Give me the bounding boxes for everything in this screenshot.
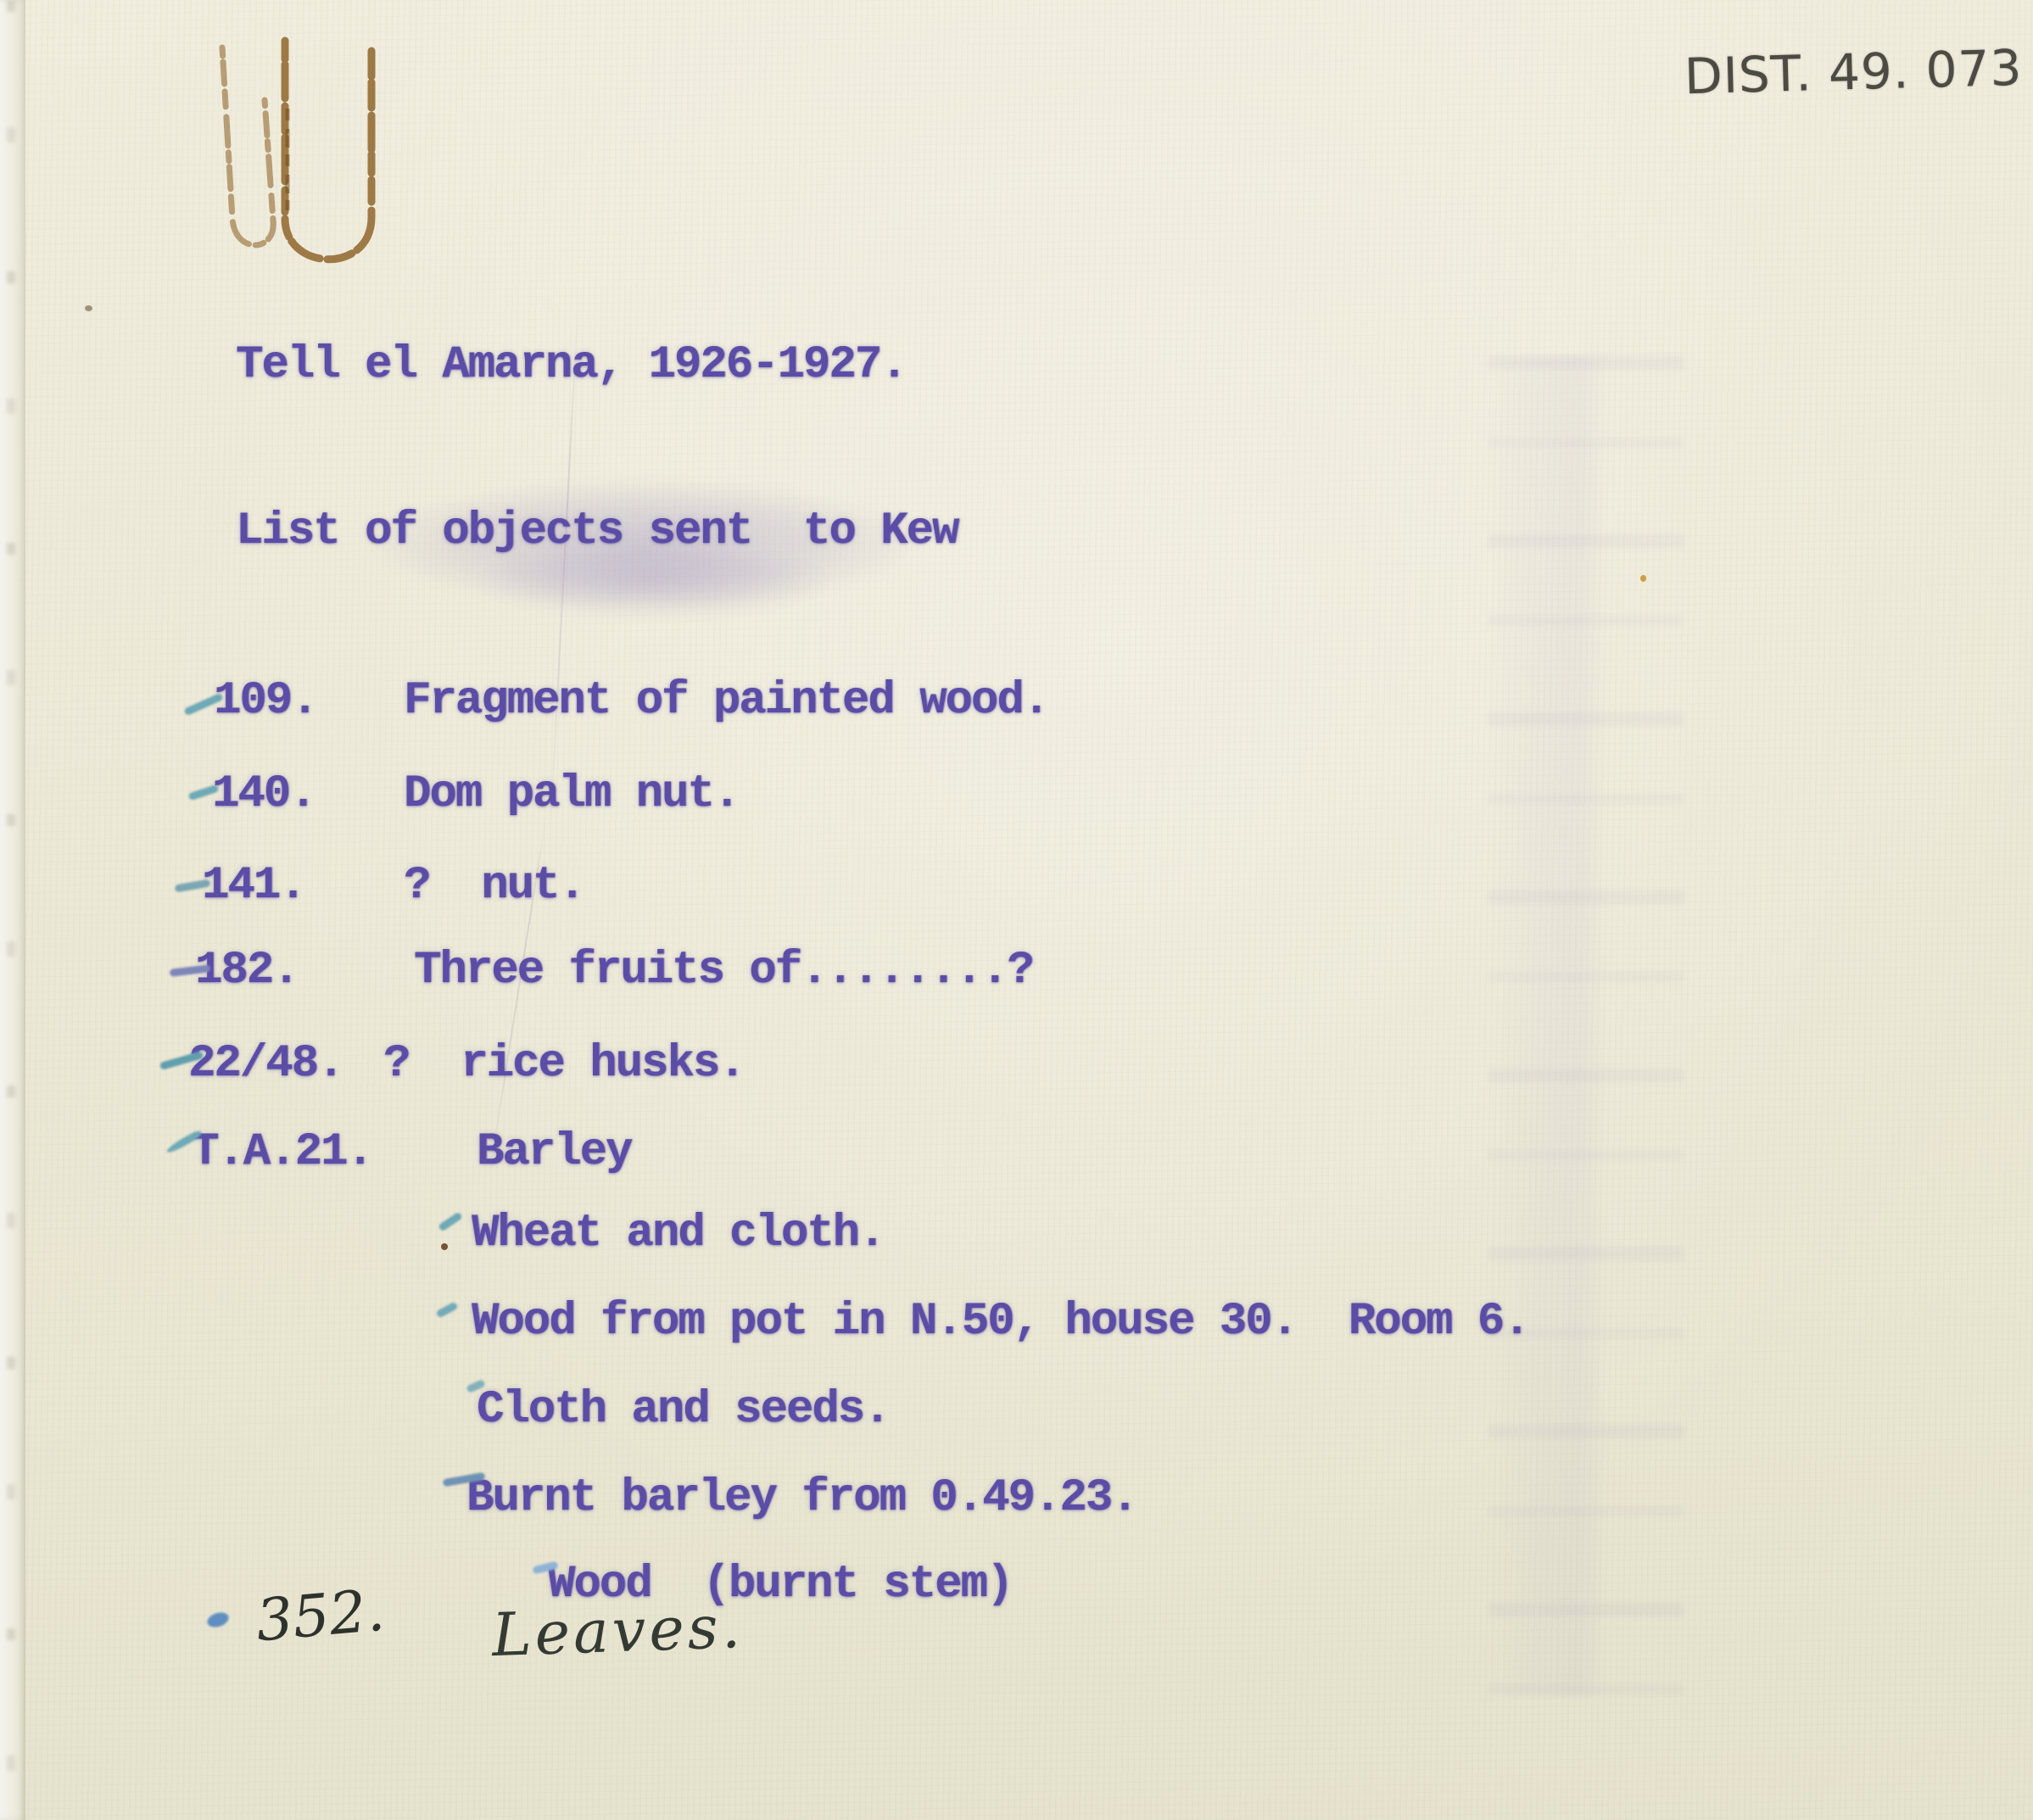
verso-showthrough [1488, 356, 1684, 1696]
item-number: 141. [202, 863, 305, 909]
paper-speck [1640, 575, 1646, 582]
sub-item-description: Wood from pot in N.50, house 30. Room 6. [472, 1299, 1529, 1345]
check-tick-icon [435, 1301, 458, 1318]
item-description: Dom palm nut. [404, 772, 739, 818]
archive-reference: DIST. 49. 073 [1684, 43, 2023, 101]
page-subtitle: List of objects sent to Kew [236, 509, 958, 555]
paper-speck [441, 1243, 448, 1250]
item-description: Three fruits of........? [414, 948, 1033, 994]
handwritten-item-number: 352. [254, 1583, 387, 1651]
document-page: DIST. 49. 073 Tell el Amarna, 1926-1927.… [0, 0, 2033, 1820]
page-title: Tell el Amarna, 1926-1927. [236, 343, 907, 388]
item-description: ? nut. [404, 863, 584, 909]
sub-item-description: Wheat and cloth. [472, 1211, 884, 1257]
item-number: 140. [212, 772, 316, 818]
handwritten-item-description: Leaves. [491, 1597, 745, 1665]
paperclip-rust-stain-icon [119, 7, 390, 312]
item-description: Barley [477, 1130, 631, 1175]
item-number: T.A.21. [192, 1130, 372, 1175]
check-tick-icon [205, 1610, 231, 1629]
sub-item-description: Burnt barley from 0.49.23. [466, 1476, 1137, 1521]
paper-speck [85, 305, 92, 311]
check-tick-icon [438, 1211, 463, 1231]
item-description: Fragment of painted wood. [404, 678, 1048, 724]
item-description: ? rice husks. [383, 1041, 745, 1087]
torn-left-edge [0, 0, 25, 1820]
sub-item-description: Cloth and seeds. [477, 1387, 889, 1433]
item-number: 109. [214, 678, 317, 724]
item-number: 182. [195, 948, 299, 994]
item-number: 22/48. [188, 1041, 343, 1087]
